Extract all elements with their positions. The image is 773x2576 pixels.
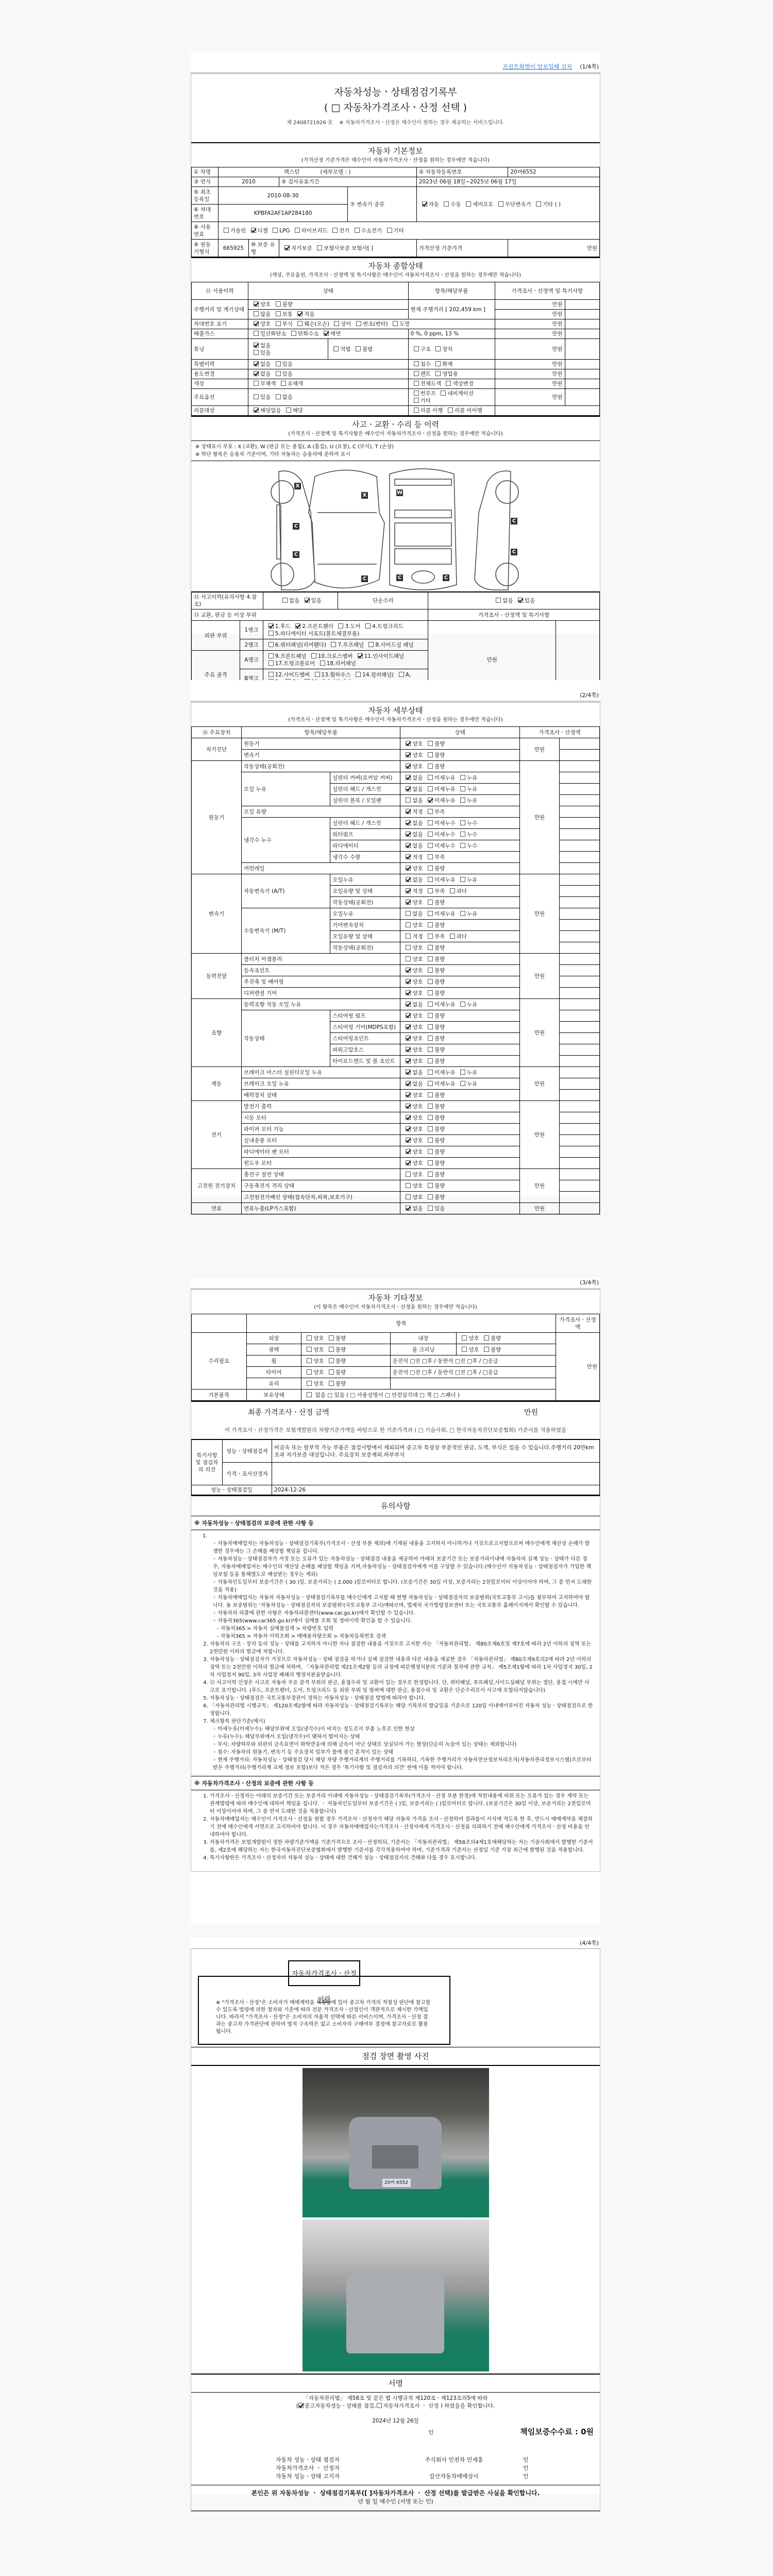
doc-number: 제 2408721926 호 <box>287 120 332 126</box>
checkbox[interactable] <box>329 1347 334 1352</box>
checkbox[interactable] <box>297 311 303 316</box>
checkbox[interactable] <box>406 843 411 848</box>
checkbox[interactable] <box>406 866 411 871</box>
note-item: 자동차의 구조ㆍ장치 등의 성능ㆍ상태를 고지하지 아니한 자나 점검한 내용을… <box>210 1640 594 1656</box>
checkbox[interactable] <box>305 598 310 603</box>
checkbox[interactable] <box>406 1047 411 1052</box>
checkbox[interactable] <box>441 391 446 396</box>
checkbox[interactable] <box>276 321 281 326</box>
service-notice: ※ 자동차가격조사ㆍ산정은 매수인이 원하는 경우 제공하는 서비스입니다. <box>339 120 504 126</box>
checkbox[interactable] <box>428 934 433 939</box>
page-number: (2/4쪽) <box>580 691 599 699</box>
note-item: 자동차매매업자는 자동차 자동차성능ㆍ상태점검기록부를 매수인에게 고지할 때 … <box>213 1594 594 1609</box>
checkbox[interactable] <box>291 331 296 336</box>
checkbox[interactable] <box>406 1058 411 1063</box>
note-item: 자동차가격은 보험개발원이 정한 차량기준가액을 기준가격으로 조사ㆍ산정하되,… <box>210 1839 594 1854</box>
checkbox[interactable] <box>284 245 290 250</box>
checkbox[interactable] <box>406 1183 411 1188</box>
checkbox[interactable] <box>460 832 465 837</box>
transmission-options: 자동 수동 세미오토 무단변속기 기타 ( ) <box>416 187 599 222</box>
page-number: (3/4쪽) <box>580 1278 599 1286</box>
checkbox[interactable] <box>406 809 411 814</box>
checkbox[interactable] <box>498 201 503 207</box>
note-item: 가격조사ㆍ산정자는 아래의 보증기간 또는 보증거리 이내에 자동차성능ㆍ상태점… <box>210 1792 594 1816</box>
checkbox[interactable] <box>406 877 411 882</box>
note-item: 현재 주행거리: 자동차성능ㆍ상태점검 당시 해당 차량 주행거리계의 주행거리… <box>213 1756 594 1772</box>
checkbox[interactable] <box>317 245 322 250</box>
checkbox[interactable] <box>329 1381 334 1386</box>
checkbox[interactable] <box>428 1194 433 1199</box>
checkbox[interactable] <box>406 1206 411 1211</box>
checkbox[interactable] <box>268 631 274 636</box>
checkbox[interactable] <box>324 331 329 336</box>
signer-row: 자동차 성능ㆍ상태 점검자주식회사 인천차 민세홍인 <box>191 2456 600 2464</box>
checkbox[interactable] <box>254 301 259 307</box>
label: ① 차명 <box>192 167 219 177</box>
checkbox[interactable] <box>406 1115 411 1120</box>
note-item: 침수: 자동차의 원동기, 변속기 등 주요장치 일부가 물에 잠긴 흔적이 있… <box>213 1749 594 1756</box>
checkbox[interactable] <box>450 934 455 939</box>
checkbox[interactable] <box>428 1206 433 1211</box>
checkbox[interactable] <box>268 623 274 629</box>
checkbox[interactable] <box>406 1036 411 1041</box>
warranty-fee: 책임보증수수료 : 0원 <box>520 2426 594 2437</box>
checkbox[interactable] <box>355 228 360 233</box>
damage-mark: C <box>293 523 299 530</box>
checkbox[interactable] <box>393 321 398 326</box>
checkbox[interactable] <box>428 1070 433 1075</box>
checkbox[interactable] <box>406 1024 411 1029</box>
checkbox[interactable] <box>406 1070 411 1075</box>
checkbox[interactable] <box>268 642 274 647</box>
checkbox[interactable] <box>428 1104 433 1109</box>
checkbox[interactable] <box>276 311 281 316</box>
checkbox[interactable] <box>428 1024 433 1029</box>
checkbox[interactable] <box>273 228 278 233</box>
checkbox[interactable] <box>414 346 419 351</box>
notes-list-2: 가격조사ㆍ산정자는 아래의 보증기간 또는 보증거리 이내에 자동차성능ㆍ상태점… <box>191 1790 600 1871</box>
checkbox[interactable] <box>254 350 259 355</box>
damage-mark: C <box>293 551 299 558</box>
checkbox[interactable] <box>428 820 433 825</box>
notes-list-1: 1. 자동차매매업자는 자동차성능ㆍ상태점검기록부(가격조사ㆍ산정 부분 제외)… <box>191 1530 600 1776</box>
checkbox[interactable] <box>406 1081 411 1086</box>
checkbox[interactable] <box>460 843 465 848</box>
checkbox[interactable] <box>428 1036 433 1041</box>
checkbox[interactable] <box>518 598 523 603</box>
checkbox[interactable] <box>406 990 411 995</box>
checkbox[interactable] <box>428 1149 433 1154</box>
section-sub: (가격산정 기준가격은 매수인이 자동차가격조사ㆍ산정을 원하는 경우에만 적습… <box>191 157 600 165</box>
car-damage-diagram: XCCXCWCCCC <box>191 461 600 592</box>
checkbox[interactable] <box>406 1104 411 1109</box>
checkbox[interactable] <box>276 394 281 399</box>
checkbox[interactable] <box>428 911 433 916</box>
checkbox[interactable] <box>332 228 338 233</box>
checkbox[interactable] <box>406 922 411 927</box>
inspection-date: 2024-12-26 <box>272 1485 600 1495</box>
checkbox[interactable] <box>460 1070 465 1075</box>
checkbox[interactable] <box>406 820 411 825</box>
section-title: 사고ㆍ교환ㆍ수리 등 이력 <box>191 419 600 430</box>
damage-mark: X <box>294 483 301 489</box>
note-item: 자동차인도일부터 보증기간은 ( 30 )일, 보증거리는 ( 2,000 )킬… <box>213 1579 594 1594</box>
checkbox[interactable] <box>356 321 361 326</box>
checkbox[interactable] <box>406 1149 411 1154</box>
document-title: 자동차성능ㆍ상태점검기록부 <box>191 84 600 100</box>
checkbox[interactable] <box>462 1347 467 1352</box>
checkbox[interactable] <box>315 672 320 677</box>
notes-heading-1: ※ 자동차성능ㆍ상태점검의 보증에 관한 사항 등 <box>191 1516 600 1530</box>
checkbox[interactable] <box>320 660 325 666</box>
checkbox[interactable] <box>329 1358 334 1363</box>
checkbox[interactable] <box>428 877 433 882</box>
signer-row: 자동차가격조사 ㆍ 산정자인 <box>191 2464 600 2472</box>
checkbox[interactable] <box>460 798 465 803</box>
price-basis: 이 가격조사ㆍ산정가격은 보험개발원의 차량기준가액을 바탕으로 한 기준가격과… <box>191 1422 600 1439</box>
note-item: 자동차성능ㆍ상태점검자가 거짓으로 자동차성능ㆍ상태 점검을 하거나 실제 점검… <box>210 1656 594 1679</box>
checkbox[interactable] <box>333 346 339 351</box>
checkbox[interactable] <box>276 371 281 376</box>
fuel-options: 가솔린 디젤 LPG 하이브리드 전기 수소전기 기타 <box>218 222 599 240</box>
checkbox[interactable] <box>428 945 433 950</box>
checkbox[interactable] <box>406 1013 411 1018</box>
checkbox[interactable] <box>428 775 433 780</box>
price-appraisal-description: ※ "가격조사ㆍ산정"은 소비자가 매매계약을 체결함에 있어 중고차 가격의 … <box>216 1999 432 2036</box>
first-reg-date: 2010-08-30 <box>218 187 348 205</box>
appraiser-opinion <box>272 1463 600 1485</box>
checkbox[interactable] <box>460 820 465 825</box>
photo-section-title: 점검 장면 촬영 사진 <box>191 2050 600 2062</box>
damage-mark: C <box>396 574 403 581</box>
checkbox[interactable] <box>428 832 433 837</box>
checkbox[interactable] <box>414 391 419 396</box>
checkbox[interactable] <box>365 623 371 629</box>
section-title: 자동차 종합상태 <box>191 260 600 272</box>
final-price-label: 최종 가격조사ㆍ산정 금액 <box>248 1407 329 1417</box>
legend: ※ 상태표시 부호 : X (교환), W (판금 또는 용접), A (흠집)… <box>191 440 600 461</box>
checkbox[interactable] <box>254 311 259 316</box>
damage-mark: C <box>511 549 517 555</box>
checkbox[interactable] <box>435 361 441 366</box>
checkbox[interactable] <box>414 408 419 413</box>
checkbox[interactable] <box>254 394 259 399</box>
checkbox[interactable] <box>450 888 455 893</box>
checkbox[interactable] <box>428 809 433 814</box>
other-info-table: 항목가격조사ㆍ산정액수리필요외장양호 불량 내장양호 불량 만원광택양호 불량 … <box>191 1314 600 1401</box>
checkbox[interactable] <box>282 598 288 603</box>
checkbox[interactable] <box>406 888 411 893</box>
checkbox[interactable] <box>406 934 411 939</box>
checkbox[interactable] <box>414 361 419 366</box>
checkbox[interactable] <box>484 1335 489 1341</box>
damage-mark: C <box>361 575 368 582</box>
checkbox[interactable] <box>268 653 274 658</box>
notes-heading-2: ※ 자동차가격조사ㆍ산정의 보증에 관한 사항 등 <box>191 1776 600 1790</box>
signers-table: 자동차 성능ㆍ상태 점검자주식회사 인천차 민세홍인자동차가격조사 ㆍ 산정자인… <box>191 2456 600 2481</box>
checkbox[interactable] <box>444 201 449 207</box>
note-item: 자동차매매업자는 자동차성능ㆍ상태점검기록부(가격조사ㆍ산정 부분 제외)에 기… <box>213 1540 594 1555</box>
checkbox[interactable] <box>406 752 411 757</box>
checkbox[interactable] <box>276 301 281 307</box>
note-item: 자동차365(www.car365.go.kr)에서 실매물 조회 및 정비이력… <box>213 1617 594 1625</box>
checkbox[interactable] <box>428 900 433 905</box>
checkbox[interactable] <box>428 1160 433 1165</box>
checkbox[interactable] <box>329 1369 334 1375</box>
checkbox[interactable] <box>428 956 433 961</box>
checkbox[interactable] <box>295 228 300 233</box>
checkbox[interactable] <box>307 1381 312 1386</box>
checkbox[interactable] <box>406 798 411 803</box>
checkbox[interactable] <box>251 228 256 233</box>
vin: KPBFA2AF1AP284180 <box>218 205 348 222</box>
price-appraisal-box-title: 자동차가격조사ㆍ산정이란 <box>288 1960 360 1986</box>
print-install-link[interactable]: 프린트화면이 안보일때 설치 <box>502 62 572 71</box>
page-3: (3/4쪽) 자동차 기타정보(이 항목은 매수인이 자동차가격조사ㆍ산정을 원… <box>191 1278 600 1924</box>
detail-status-table: ⑭ 주요장치항목/해당부품상태가격조사ㆍ산정액자기진단원동기양호 불량 만원변속… <box>191 726 600 1214</box>
checkbox[interactable] <box>414 381 419 386</box>
checkbox[interactable] <box>435 371 441 376</box>
note-item: 자동차의 리콜에 관한 사항은 자동차리콜센터(www.car.go.kr)에서… <box>213 1609 594 1617</box>
note-item: ⑫ 사고이력 인정은 사고로 자동차 주요 골격 부위의 판금, 용접수리 및 … <box>210 1679 594 1694</box>
page-2: (2/4쪽) 자동차 세부상태(가격조사ㆍ산정액 및 특기사항은 매수인이 자동… <box>191 680 600 1195</box>
checkbox[interactable] <box>286 408 291 413</box>
damage-mark: C <box>443 574 449 581</box>
checkbox[interactable] <box>414 371 419 376</box>
checkbox[interactable] <box>307 1392 312 1397</box>
section-title: 자동차 기본정보 <box>191 145 600 157</box>
car-name: 렉스턴 <box>284 169 299 175</box>
checkbox[interactable] <box>428 968 433 973</box>
checkbox[interactable] <box>428 1058 433 1063</box>
checkbox[interactable] <box>307 1347 312 1352</box>
signature-title: 서명 <box>191 2378 600 2389</box>
checkbox[interactable] <box>406 1172 411 1177</box>
checkbox[interactable] <box>496 598 501 603</box>
checkbox[interactable] <box>406 1126 411 1131</box>
checkbox[interactable] <box>428 1092 433 1097</box>
sign-date: 2024년 12월 26일 <box>191 2417 600 2425</box>
checkbox[interactable] <box>428 843 433 848</box>
checkbox[interactable] <box>406 968 411 973</box>
checkbox[interactable] <box>358 653 363 658</box>
checkbox[interactable] <box>414 398 419 403</box>
checkbox[interactable] <box>387 228 392 233</box>
checkbox[interactable] <box>406 979 411 984</box>
checkbox[interactable] <box>428 1081 433 1086</box>
checkbox[interactable] <box>428 1115 433 1120</box>
checkbox[interactable] <box>460 1002 465 1007</box>
page-number: (1/4쪽) <box>580 62 599 71</box>
checkbox[interactable] <box>422 201 427 207</box>
warranty-options: 자가보증 보험사보증 보험사[ ] <box>279 240 417 257</box>
checkbox[interactable] <box>484 1347 489 1352</box>
checkbox[interactable] <box>428 990 433 995</box>
checkbox[interactable] <box>268 672 274 677</box>
notes-title: 유의사항 <box>191 1500 600 1512</box>
checkbox[interactable] <box>448 408 453 413</box>
note-item: 「자동차관리법 시행규칙」 제120조제2항에 따라 자동차성능ㆍ상태점검기록부… <box>210 1702 594 1718</box>
checkbox[interactable] <box>428 922 433 927</box>
year: 2010 <box>218 177 279 187</box>
checkbox[interactable] <box>254 371 259 376</box>
checkbox[interactable] <box>428 1047 433 1052</box>
checkbox[interactable] <box>406 854 411 859</box>
page-number: (4/4쪽) <box>580 1939 599 1947</box>
note-item: 미세누유(미세누수): 해당부위에 오일(냉각수)이 비치는 정도로서 부품 노… <box>213 1725 594 1733</box>
checkbox[interactable] <box>406 1194 411 1199</box>
damage-mark: X <box>361 492 368 499</box>
checkbox[interactable] <box>329 1335 334 1341</box>
checkbox[interactable] <box>297 321 303 326</box>
checkbox[interactable] <box>406 764 411 769</box>
checkbox[interactable] <box>428 1002 433 1007</box>
checkbox[interactable] <box>224 228 229 233</box>
checkbox[interactable] <box>446 381 451 386</box>
note-item: 체크항목 판단기준(예시) <box>210 1718 594 1725</box>
checkbox[interactable] <box>406 1160 411 1165</box>
checkbox[interactable] <box>406 956 411 961</box>
checkbox[interactable] <box>311 653 316 658</box>
valid-period: 2023년 06월 18일~2025년 06월 17일 <box>416 177 599 187</box>
section-title: 자동차 기타정보 <box>191 1292 600 1303</box>
checkbox[interactable] <box>406 900 411 905</box>
damage-mark: C <box>511 518 517 524</box>
checkbox[interactable] <box>295 623 300 629</box>
checkbox[interactable] <box>406 1092 411 1097</box>
checkbox[interactable] <box>428 1183 433 1188</box>
checkbox[interactable] <box>428 888 433 893</box>
checkbox[interactable] <box>428 1138 433 1143</box>
checkbox[interactable] <box>428 798 433 803</box>
checkbox[interactable] <box>460 1081 465 1086</box>
inspection-photo-1: 20머 6552 <box>303 2068 489 2217</box>
checkbox[interactable] <box>428 979 433 984</box>
checkbox[interactable] <box>406 1002 411 1007</box>
checkbox[interactable] <box>254 321 259 326</box>
note-item: 자동차성능ㆍ상태점검자가 거짓 또는 오류가 있는 자동차성능ㆍ상태점검 내용을… <box>213 1555 594 1579</box>
checkbox[interactable] <box>428 854 433 859</box>
note-item: 자동차매매업자는 매수인이 가격조사ㆍ산정을 원할 경우 가격조사ㆍ산정자가 해… <box>210 1816 594 1839</box>
overall-status-table: ⑪ 사용이력상태항목/해당부품가격조사ㆍ산정액 및 특기사항주행거리 및 계기상… <box>191 282 600 416</box>
document-subtitle: ( □ 자동차가격조사ㆍ산정 선택 ) <box>191 100 600 115</box>
checkbox[interactable] <box>281 381 286 386</box>
checkbox[interactable] <box>307 1369 312 1375</box>
checkbox[interactable] <box>460 775 465 780</box>
checkbox[interactable] <box>254 381 259 386</box>
checkbox[interactable] <box>399 672 404 677</box>
opinion-table: 특기사항 및 점검자의 의견성능ㆍ상태점검자비금속 또는 탈부착 가능 부품은 … <box>191 1439 600 1495</box>
checkbox[interactable] <box>356 672 361 677</box>
page-4: (4/4쪽) 자동차가격조사ㆍ산정이란 ※ "가격조사ㆍ산정"은 소비자가 매매… <box>191 1937 600 2494</box>
checkbox[interactable] <box>254 408 259 413</box>
receipt-statement: 본인은 위 자동차성능 ㆍ 상태점검기록부([ ]자동차가격조사 ㆍ 산정 선택… <box>191 2488 600 2497</box>
checkbox[interactable] <box>536 201 541 207</box>
checkbox[interactable] <box>406 786 411 791</box>
checkbox[interactable] <box>428 741 433 746</box>
checkbox[interactable] <box>276 361 281 366</box>
checkbox[interactable] <box>406 945 411 950</box>
checkbox[interactable] <box>460 786 465 791</box>
checkbox[interactable] <box>406 775 411 780</box>
basic-info-table: ① 차명렉스턴 (세부모델 : )② 자동차등록번호20머6552 ③ 연식20… <box>191 167 600 257</box>
engine-type: 665925 <box>218 240 248 257</box>
checkbox[interactable] <box>466 201 471 207</box>
inspection-photo-2 <box>303 2219 489 2371</box>
checkbox[interactable] <box>338 623 343 629</box>
damage-mark: W <box>396 489 403 496</box>
checkbox[interactable] <box>356 346 361 351</box>
checkbox[interactable] <box>406 911 411 916</box>
checkbox[interactable] <box>254 343 259 348</box>
checkbox[interactable] <box>435 346 441 351</box>
checkbox[interactable] <box>406 741 411 746</box>
reg-number: 20머6552 <box>508 167 600 177</box>
checkbox[interactable] <box>428 1172 433 1177</box>
checkbox[interactable] <box>428 786 433 791</box>
checkbox[interactable] <box>428 1013 433 1018</box>
checkbox[interactable] <box>460 911 465 916</box>
checkbox[interactable] <box>331 642 336 647</box>
checkbox[interactable] <box>368 642 374 647</box>
section-title: 자동차 세부상태 <box>191 705 600 716</box>
checkbox[interactable] <box>460 877 465 882</box>
checkbox[interactable] <box>334 321 339 326</box>
checkbox[interactable] <box>254 361 259 366</box>
checkbox[interactable] <box>307 1335 312 1341</box>
note-item: 누유(누수): 해당부위에서 오일(냉각수)이 맺혀서 떨어지는 상태 <box>213 1733 594 1741</box>
checkbox[interactable] <box>268 660 274 666</box>
checkbox[interactable] <box>406 1138 411 1143</box>
inspector-opinion: 비금속 또는 탈부착 가능 부품은 점검사항에서 제외되며 중고차 특성상 부분… <box>272 1440 600 1463</box>
page-1: 프린트화면이 안보일때 설치 (1/4쪽) 자동차성능ㆍ상태점검기록부 ( □ … <box>191 52 600 634</box>
note-item: 부식: 차량하부와 외판의 금속표면이 화학반응에 의해 금속이 아닌 상태로 … <box>213 1741 594 1749</box>
checkbox[interactable] <box>428 764 433 769</box>
checkbox[interactable] <box>254 331 259 336</box>
note-item: 특기사항란은 가격조사ㆍ산정자의 자동차 성능ㆍ상태에 대한 견해가 성능ㆍ상태… <box>210 1854 594 1862</box>
signer-row: 자동차 성능ㆍ상태 고지자갈산자동차매매상사인 <box>191 2472 600 2481</box>
checkbox[interactable] <box>406 832 411 837</box>
checkbox[interactable] <box>462 1335 467 1341</box>
note-item: 자동차성능ㆍ상태점검은 국토교통부장관이 정하는 자동차성능ㆍ상태점검 방법에 … <box>210 1694 594 1702</box>
checkbox[interactable] <box>428 866 433 871</box>
checkbox[interactable] <box>428 1126 433 1131</box>
checkbox[interactable] <box>307 1358 312 1363</box>
checkbox[interactable] <box>428 752 433 757</box>
